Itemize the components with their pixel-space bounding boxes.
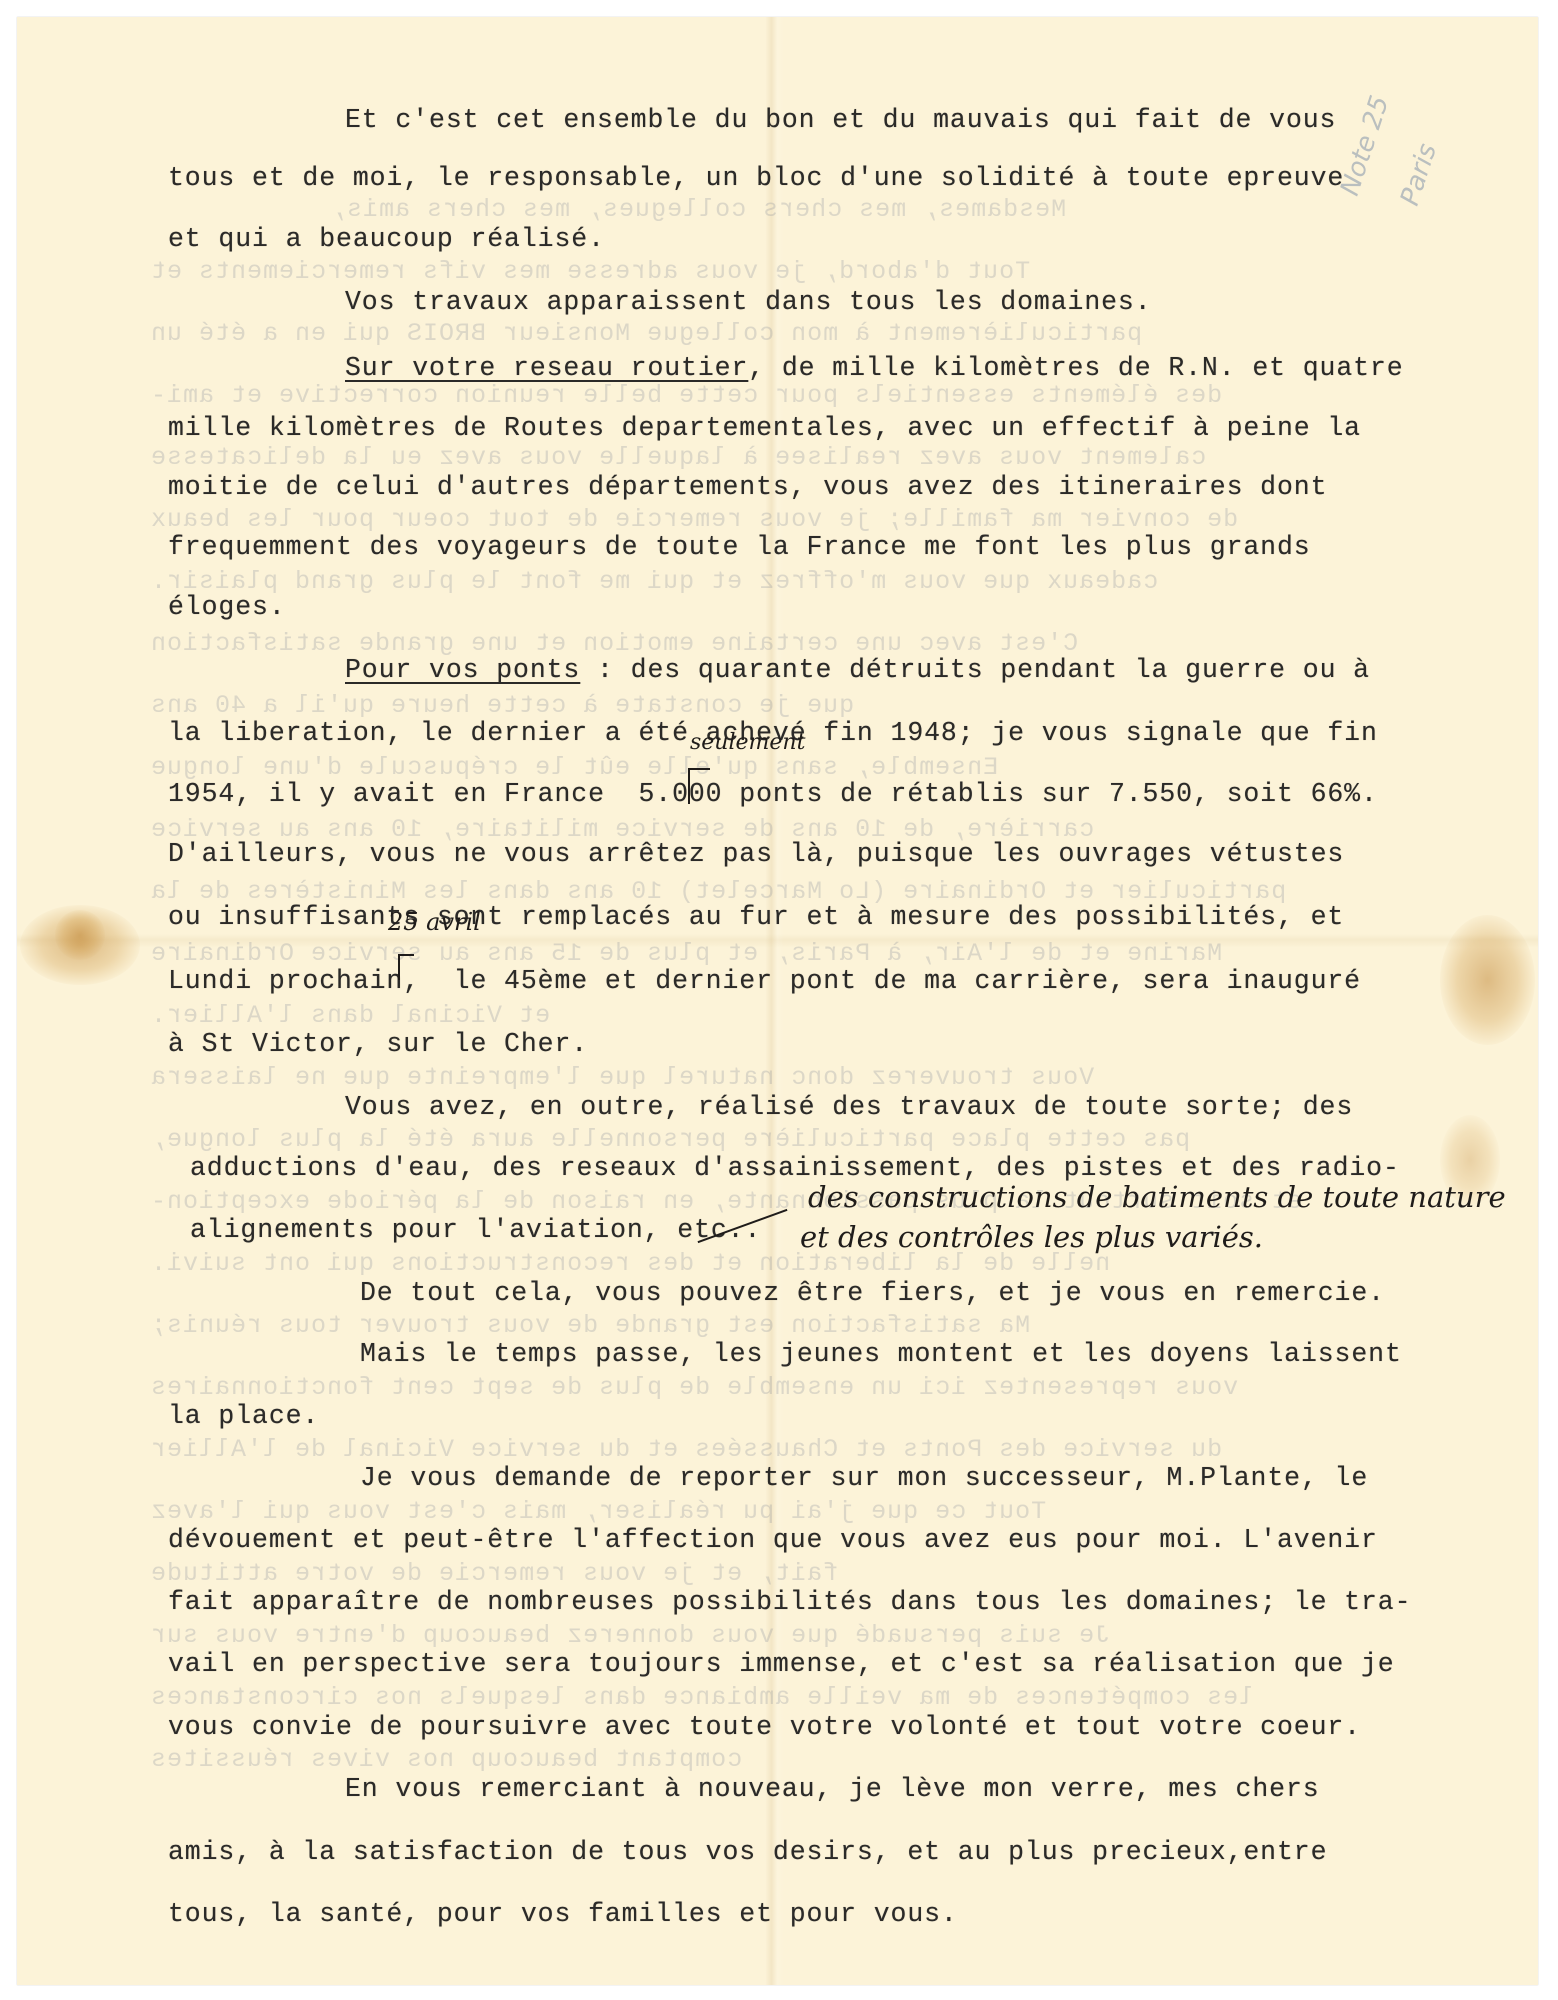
line-text: et qui a beaucoup réalisé.	[168, 224, 605, 254]
typed-line: amis, à la satisfaction de tous vos desi…	[168, 1837, 1327, 1867]
line-text: la place.	[168, 1401, 319, 1431]
line-text: , de mille kilomètres de R.N. et quatre	[748, 353, 1403, 383]
line-text: Et c'est cet ensemble du bon et du mauva…	[345, 105, 1336, 135]
show-through-line: que je constate à cette heure qu'il a 40…	[150, 691, 1450, 720]
show-through-line: Tout ce que j'ai pu réaliser, mais c'est…	[150, 1497, 1450, 1526]
typed-line: adductions d'eau, des reseaux d'assainis…	[190, 1153, 1400, 1183]
show-through-line: Mesdames, mes chers collegues, mes chers…	[330, 195, 1558, 224]
line-text: De tout cela, vous pouvez être fiers, et…	[360, 1278, 1385, 1308]
line-text: ou insuffisants sont remplacés au fur et…	[168, 902, 1344, 932]
typed-line: vous convie de poursuivre avec toute vot…	[168, 1712, 1361, 1742]
typed-line: moitie de celui d'autres départements, v…	[168, 472, 1327, 502]
typed-line: frequemment des voyageurs de toute la Fr…	[168, 532, 1311, 562]
line-text: tous et de moi, le responsable, un bloc …	[168, 163, 1344, 193]
line-text: En vous remerciant à nouveau, je lève mo…	[345, 1774, 1320, 1804]
show-through-line: cadeaux que vous m'offrez et qui me font…	[150, 567, 1450, 596]
line-text: vail en perspective sera toujours immens…	[168, 1649, 1395, 1679]
show-through-line: et Vicinal dans l'Allier.	[150, 1001, 1450, 1030]
typed-line: tous et de moi, le responsable, un bloc …	[168, 163, 1344, 193]
show-through-line: Vous trouverez donc naturel que l'emprei…	[150, 1063, 1450, 1092]
typed-line: alignements pour l'aviation, etc..	[190, 1215, 761, 1245]
line-text: moitie de celui d'autres départements, v…	[168, 472, 1327, 502]
typed-line: dévouement et peut-être l'affection que …	[168, 1525, 1378, 1555]
line-text: éloges.	[168, 592, 286, 622]
typed-line: D'ailleurs, vous ne vous arrêtez pas là,…	[168, 839, 1344, 869]
typed-line: la place.	[168, 1401, 319, 1431]
show-through-line: comptant beaucoup nos vives réussites	[150, 1745, 1450, 1774]
typed-line: à St Victor, sur le Cher.	[168, 1029, 588, 1059]
water-stain-left-small	[55, 910, 105, 960]
show-through-line: du service des Ponts et Chaussées et du …	[150, 1435, 1450, 1464]
line-text: amis, à la satisfaction de tous vos desi…	[168, 1837, 1327, 1867]
line-text: vous convie de poursuivre avec toute vot…	[168, 1712, 1361, 1742]
handwritten-note: seulement	[690, 730, 805, 755]
line-text: à St Victor, sur le Cher.	[168, 1029, 588, 1059]
show-through-line: Ma satisfaction est grande de vous trouv…	[150, 1311, 1450, 1340]
typed-line: Je vous demande de reporter sur mon succ…	[360, 1463, 1368, 1493]
line-text: frequemment des voyageurs de toute la Fr…	[168, 532, 1311, 562]
typed-line: De tout cela, vous pouvez être fiers, et…	[360, 1278, 1385, 1308]
typed-line: vail en perspective sera toujours immens…	[168, 1649, 1395, 1679]
show-through-line: Je suis persuadé que vous donnerez beauc…	[150, 1621, 1450, 1650]
typed-line: Sur votre reseau routier, de mille kilom…	[345, 353, 1404, 383]
line-text: alignements pour l'aviation, etc..	[190, 1215, 761, 1245]
show-through-line: Tout d'abord, je vous adresse mes vifs r…	[150, 257, 1450, 286]
show-through-line: fait, et je vous remercie de votre attit…	[150, 1559, 1450, 1588]
underlined-heading: Sur votre reseau routier	[345, 353, 748, 383]
handwritten-note: et des contrôles les plus variés.	[800, 1220, 1263, 1254]
typed-line: et qui a beaucoup réalisé.	[168, 224, 605, 254]
typed-line: tous, la santé, pour vos familles et pou…	[168, 1899, 958, 1929]
show-through-line: Marine et de l'Air, à Paris, et plus de …	[150, 939, 1450, 968]
handwritten-note: des constructions de batiments de toute …	[808, 1180, 1506, 1214]
line-text: dévouement et peut-être l'affection que …	[168, 1525, 1378, 1555]
line-text: Vous avez, en outre, réalisé des travaux…	[345, 1092, 1353, 1122]
typed-line: Et c'est cet ensemble du bon et du mauva…	[345, 105, 1336, 135]
line-text: Mais le temps passe, les jeunes montent …	[360, 1339, 1402, 1369]
water-stain-right	[1440, 915, 1535, 1045]
show-through-line: pas cette place particulière personnelle…	[150, 1125, 1450, 1154]
line-text: fait apparaître de nombreuses possibilit…	[168, 1587, 1411, 1617]
show-through-line: calement vous avez realisee à laquelle v…	[150, 443, 1450, 472]
show-through-line: les compétences de ma veille ambiance da…	[150, 1683, 1450, 1712]
typed-line: Lundi prochain, le 45ème et dernier pont…	[168, 966, 1361, 996]
typed-line: mille kilomètres de Routes departemental…	[168, 413, 1361, 443]
show-through-line: des éléments essentiels pour cette belle…	[150, 381, 1450, 410]
typed-line: éloges.	[168, 592, 286, 622]
line-text: Vos travaux apparaissent dans tous les d…	[345, 287, 1152, 317]
typed-line: fait apparaître de nombreuses possibilit…	[168, 1587, 1411, 1617]
show-through-line: C'est avec une certaine emotion et une g…	[150, 629, 1450, 658]
line-text: : des quarante détruits pendant la guerr…	[580, 655, 1370, 685]
typed-line: En vous remerciant à nouveau, je lève mo…	[345, 1774, 1320, 1804]
typed-line: Pour vos ponts : des quarante détruits p…	[345, 655, 1370, 685]
typed-line: Vos travaux apparaissent dans tous les d…	[345, 287, 1152, 317]
handwritten-note: 25 avril	[388, 908, 481, 936]
show-through-line: particulièrement à mon collegue Monsieur…	[150, 319, 1450, 348]
show-through-line: vous representez ici un ensemble de plus…	[150, 1373, 1450, 1402]
show-through-line: Ensemble, sans qu'elle eût le crépuscule…	[150, 753, 1450, 782]
typed-line: ou insuffisants sont remplacés au fur et…	[168, 902, 1344, 932]
show-through-line: de convier ma famille; je vous remercie …	[150, 505, 1450, 534]
typed-line: Mais le temps passe, les jeunes montent …	[360, 1339, 1402, 1369]
typed-line: Vous avez, en outre, réalisé des travaux…	[345, 1092, 1353, 1122]
insertion-caret-seulement	[688, 768, 710, 804]
line-text: mille kilomètres de Routes departemental…	[168, 413, 1361, 443]
line-text: tous, la santé, pour vos familles et pou…	[168, 1899, 958, 1929]
line-text: D'ailleurs, vous ne vous arrêtez pas là,…	[168, 839, 1344, 869]
typed-line: 1954, il y avait en France 5.000 ponts d…	[168, 779, 1378, 809]
underlined-heading: Pour vos ponts	[345, 655, 580, 685]
line-text: adductions d'eau, des reseaux d'assainis…	[190, 1153, 1400, 1183]
insertion-caret-25-avril	[398, 954, 414, 980]
line-text: 1954, il y avait en France 5.000 ponts d…	[168, 779, 1378, 809]
line-text: Lundi prochain, le 45ème et dernier pont…	[168, 966, 1361, 996]
line-text: Je vous demande de reporter sur mon succ…	[360, 1463, 1368, 1493]
